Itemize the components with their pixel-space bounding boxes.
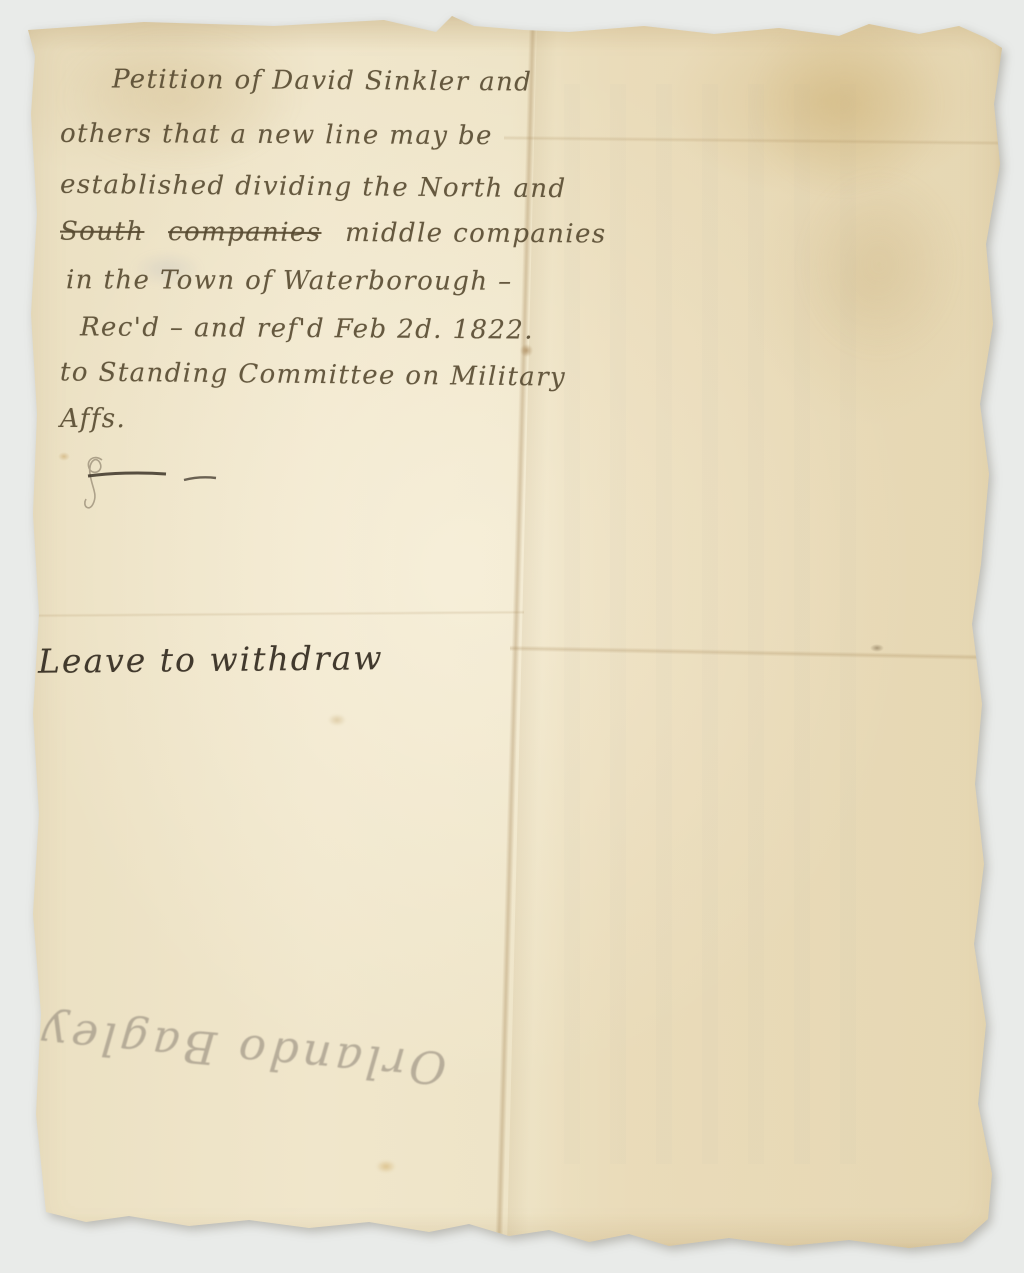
docket-line-8: Affs. — [60, 404, 126, 434]
stain-right-secondary — [804, 174, 954, 354]
docket-line-4: South companies middle companies — [60, 217, 607, 250]
docket-line-5: in the Town of Waterborough – — [66, 265, 513, 297]
stain-top-right — [750, 14, 940, 194]
paper-sheet: Petition of David Sinkler and others tha… — [24, 14, 1002, 1250]
docket-line-1: Petition of David Sinkler and — [112, 65, 532, 98]
foxing-spot — [376, 1160, 396, 1173]
struck-word-south: South — [60, 217, 145, 247]
foxing-spot — [328, 714, 346, 726]
ink-fleck — [870, 644, 884, 652]
struck-word-companies: companies — [168, 217, 322, 248]
docket-line-6: Rec'd – and ref'd Feb 2d. 1822. — [80, 312, 534, 345]
fold-crease-horizontal-left — [28, 610, 524, 617]
docket-line-3: established dividing the North and — [60, 170, 567, 204]
pen-flourish-icon — [80, 450, 230, 520]
paper-sheet-wrap: Petition of David Sinkler and others tha… — [24, 14, 1002, 1250]
foxing-spot — [58, 452, 70, 461]
docket-line-7: to Standing Committee on Military — [60, 357, 566, 392]
endorsement-decision: Leave to withdraw — [38, 638, 384, 681]
docket-line-4-text: middle companies — [345, 218, 607, 249]
document-scan: Petition of David Sinkler and others tha… — [0, 0, 1024, 1273]
docket-line-2: others that a new line may be — [60, 119, 493, 151]
pencil-signature-upside-down: Orlando Bagley — [23, 1005, 462, 1096]
foxing-spot — [520, 344, 533, 357]
